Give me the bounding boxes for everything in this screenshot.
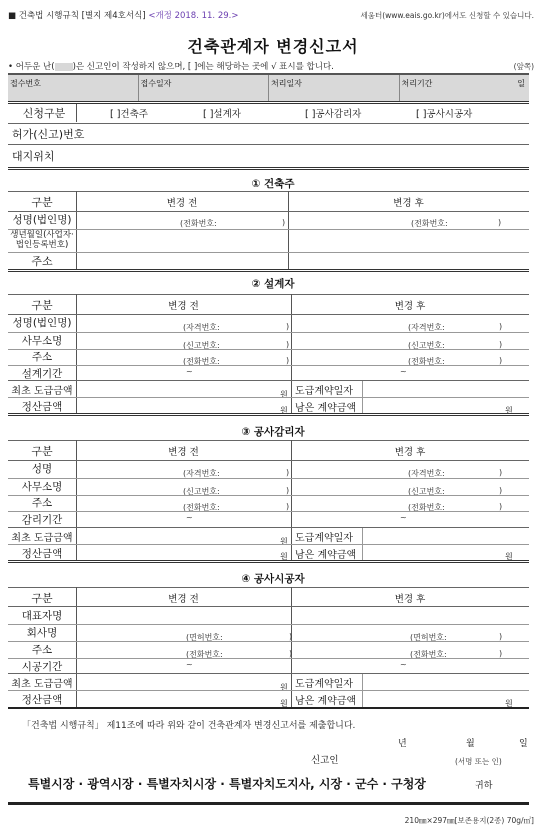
paren-close: ): [499, 468, 502, 477]
won-unit: 원: [280, 389, 288, 400]
period-unit: 일: [517, 78, 525, 89]
application-type-label: 신청구분: [8, 105, 80, 121]
col-category: 구분: [8, 194, 76, 210]
instruction-note: • 어두운 난()은 신고인이 작성하지 않으며, [ ]에는 해당하는 곳에 …: [8, 60, 334, 72]
contractor-remaining-label: 남은 계약금액: [295, 692, 356, 707]
paren-close: ): [289, 632, 292, 641]
divider: [8, 229, 529, 230]
contractor-initial-amount-label: 최초 도급금액: [8, 675, 76, 690]
designer-initial-amount-label: 최초 도급금액: [8, 382, 76, 397]
honorific: 귀하: [475, 778, 492, 791]
owner-after-phone[interactable]: (전화번호:: [411, 218, 448, 229]
contractor-address-label: 주소: [8, 642, 76, 657]
contractor-company-label: 회사명: [8, 625, 76, 640]
owner-name-label: 성명(법인명): [8, 212, 76, 227]
col-category: 구분: [8, 297, 76, 313]
divider: [8, 624, 529, 625]
divider: [76, 294, 77, 414]
designer-address-label: 주소: [8, 349, 76, 364]
page-side: (앞쪽): [514, 61, 534, 72]
divider: [8, 658, 529, 659]
contractor-rep-label: 대표자명: [8, 608, 76, 623]
divider: [8, 349, 529, 350]
site-location-label: 대지위치: [12, 148, 55, 164]
divider: [8, 641, 529, 642]
form-reference: ■ 건축법 시행규칙 [별지 제4호서식] <개정 2018. 11. 29.>: [8, 9, 238, 21]
owner-address-label: 주소: [8, 253, 76, 269]
divider: [8, 478, 529, 479]
supervisor-name-label: 성명: [8, 461, 76, 476]
instruction-prefix: • 어두운 난(: [8, 62, 55, 72]
supervisor-before-period[interactable]: ~: [186, 513, 193, 522]
paren-close: ): [286, 468, 289, 477]
paren-close: ): [499, 649, 502, 658]
applicant-label: 신고인: [311, 752, 339, 766]
divider: [8, 544, 529, 545]
won-unit: 원: [280, 536, 288, 547]
date-year[interactable]: 년: [398, 736, 407, 749]
receipt-bar: 접수번호 접수일자 처리일자 처리기간일: [8, 73, 529, 101]
paren-close: ): [286, 356, 289, 365]
paper-spec: 210㎜×297㎜[보존용지(2종) 70g/㎡]: [405, 815, 534, 826]
owner-birth-label: 생년월일(사업자·법인등록번호): [8, 230, 76, 250]
section-designer-title: ② 설계자: [0, 276, 546, 291]
divider: [291, 587, 292, 707]
divider: [8, 460, 529, 461]
option-owner-checkbox[interactable]: [ ]건축주: [110, 106, 148, 120]
paren-close: ): [286, 340, 289, 349]
section-contractor-title: ④ 공사시공자: [0, 571, 546, 586]
divider: [8, 802, 529, 805]
divider: [8, 380, 529, 381]
divider: [8, 527, 529, 528]
paren-close: ): [286, 322, 289, 331]
paren-close: ): [499, 502, 502, 511]
divider: [8, 673, 529, 674]
contractor-after-period[interactable]: ~: [400, 660, 407, 669]
section-owner-title: ① 건축주: [0, 176, 546, 191]
form-ref-text: ■ 건축법 시행규칙 [별지 제4호서식]: [8, 11, 146, 21]
divider: [291, 294, 292, 414]
paren-close: ): [499, 322, 502, 331]
divider: [8, 397, 529, 398]
divider: [8, 440, 529, 441]
divider: [8, 294, 529, 295]
process-period-field[interactable]: 처리기간일: [400, 75, 530, 101]
supervisor-period-label: 감리기간: [8, 512, 76, 527]
online-note: 세움터(www.eais.go.kr)에서도 신청할 수 있습니다.: [360, 10, 534, 21]
contractor-period-label: 시공기간: [8, 659, 76, 674]
receipt-date-label: 접수일자: [141, 79, 172, 88]
date-day[interactable]: 일: [519, 736, 528, 749]
supervisor-office-label: 사무소명: [8, 479, 76, 494]
receipt-number-label: 접수번호: [10, 79, 41, 88]
paren-close: ): [286, 486, 289, 495]
divider: [8, 252, 529, 253]
paren-close: ): [499, 632, 502, 641]
divider: [8, 560, 529, 563]
contractor-contract-date-label: 도급계약일자: [295, 675, 353, 690]
page-title: 건축관계자 변경신고서: [0, 34, 546, 57]
signature-field[interactable]: (서명 또는 인): [455, 756, 502, 767]
designer-office-label: 사무소명: [8, 333, 76, 348]
contractor-settled-amount-label: 정산금액: [8, 692, 76, 707]
addressee: 특별시장 · 광역시장 · 특별자치시장 · 특별자치도지사, 시장 · 군수 …: [28, 775, 426, 792]
divider: [76, 440, 77, 560]
paren-close: ): [289, 649, 292, 658]
paren-close: ): [499, 356, 502, 365]
section-supervisor-title: ③ 공사감리자: [0, 424, 546, 439]
divider: [8, 495, 529, 496]
process-period-label: 처리기간: [402, 79, 433, 88]
col-before: 변경 전: [76, 444, 291, 458]
paren-close: ): [498, 218, 501, 227]
receipt-date-field[interactable]: 접수일자: [139, 75, 270, 101]
designer-period-label: 설계기간: [8, 366, 76, 381]
receipt-number-field[interactable]: 접수번호: [8, 75, 139, 101]
divider: [8, 191, 529, 192]
paren-close: ): [499, 340, 502, 349]
owner-before-phone[interactable]: (전화번호:: [180, 218, 217, 229]
permit-number-label: 허가(신고)번호: [12, 126, 84, 142]
col-before: 변경 전: [76, 298, 291, 312]
option-contractor-checkbox[interactable]: [ ]공사시공자: [416, 106, 472, 120]
divider: [8, 365, 529, 366]
divider: [8, 123, 529, 124]
paren-close: ): [286, 502, 289, 511]
supervisor-address-label: 주소: [8, 495, 76, 510]
divider: [8, 167, 529, 170]
col-after: 변경 후: [291, 591, 529, 605]
paren-close: ): [499, 486, 502, 495]
option-designer-checkbox[interactable]: [ ]설계자: [203, 106, 241, 120]
divider: [8, 211, 529, 212]
divider: [8, 587, 529, 588]
submission-statement: 「건축법 시행규칙」 제11조에 따라 위와 같이 건축관계자 변경신고서를 제…: [22, 718, 355, 731]
divider: [8, 511, 529, 512]
won-unit: 원: [280, 682, 288, 693]
divider: [8, 314, 529, 315]
instruction-suffix: )은 신고인이 작성하지 않으며, [ ]에는 해당하는 곳에 √ 표시를 합니…: [73, 62, 334, 72]
divider: [291, 440, 292, 560]
revision-date: <개정 2018. 11. 29.>: [148, 11, 238, 21]
divider: [8, 144, 529, 145]
col-after: 변경 후: [291, 298, 529, 312]
divider: [8, 332, 529, 333]
supervisor-contract-date-label: 도급계약일자: [295, 529, 353, 544]
designer-name-label: 성명(법인명): [8, 315, 76, 330]
col-before: 변경 전: [76, 195, 288, 209]
designer-contract-date-label: 도급계약일자: [295, 382, 353, 397]
divider: [8, 606, 529, 607]
divider: [8, 269, 529, 272]
supervisor-initial-amount-label: 최초 도급금액: [8, 529, 76, 544]
date-month[interactable]: 월: [466, 736, 475, 749]
supervisor-settled-amount-label: 정산금액: [8, 546, 76, 561]
option-supervisor-checkbox[interactable]: [ ]공사감리자: [305, 106, 361, 120]
col-before: 변경 전: [76, 591, 291, 605]
designer-before-period[interactable]: ~: [186, 367, 193, 376]
col-category: 구분: [8, 443, 76, 459]
shaded-sample: [55, 63, 73, 71]
supervisor-after-period[interactable]: ~: [400, 513, 407, 522]
process-date-label: 처리일자: [271, 79, 302, 88]
col-after: 변경 후: [291, 444, 529, 458]
col-after: 변경 후: [288, 195, 529, 209]
paren-close: ): [282, 218, 285, 227]
divider: [8, 707, 529, 709]
divider: [8, 690, 529, 691]
col-category: 구분: [8, 590, 76, 606]
divider: [76, 104, 77, 122]
divider: [8, 413, 529, 416]
supervisor-remaining-label: 남은 계약금액: [295, 546, 356, 561]
divider: [76, 587, 77, 707]
designer-remaining-label: 남은 계약금액: [295, 399, 356, 414]
contractor-before-period[interactable]: ~: [186, 660, 193, 669]
designer-settled-amount-label: 정산금액: [8, 399, 76, 414]
process-date-field[interactable]: 처리일자: [269, 75, 400, 101]
designer-after-period[interactable]: ~: [400, 367, 407, 376]
